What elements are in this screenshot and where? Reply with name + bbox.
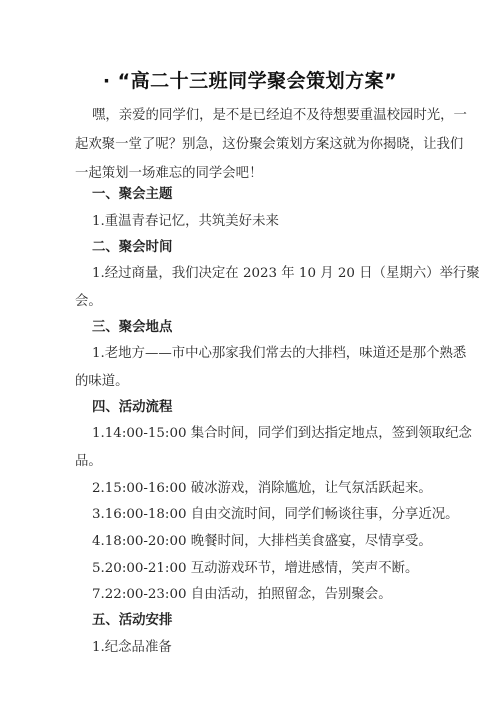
- section-line: 7.22:00-23:00 自由活动，拍照留念，告别聚会。: [92, 583, 392, 602]
- section-heading: 五、活动安排: [92, 609, 172, 628]
- section-heading: 一、聚会主题: [92, 183, 172, 202]
- section-line: 的味道。: [75, 370, 129, 389]
- section-line: 1.14:00-15:00 集合时间，同学们到达指定地点，签到领取纪念: [92, 422, 472, 441]
- section-line: 1.老地方——市中心那家我们常去的大排档，味道还是那个熟悉: [92, 342, 466, 361]
- section-line: 1.经过商量，我们决定在 2023 年 10 月 20 日（星期六）举行聚: [92, 262, 480, 281]
- document-title: · “高二十三班同学聚会策划方案”: [0, 66, 500, 93]
- section-line: 2.15:00-16:00 破冰游戏，消除尴尬，让气氛活跃起来。: [92, 477, 432, 496]
- section-line: 1.纪念品准备: [92, 636, 172, 655]
- section-line: 品。: [75, 450, 102, 469]
- section-line: 会。: [75, 290, 102, 309]
- section-line: 1.重温青春记忆，共筑美好未来: [92, 210, 279, 229]
- section-line: 5.20:00-21:00 互动游戏环节，增进感情，笑声不断。: [92, 557, 418, 576]
- intro-line: 起欢聚一堂了呢？别急，这份聚会策划方案这就为你揭晓，让我们: [75, 133, 463, 152]
- section-line: 4.18:00-20:00 晚餐时间，大排档美食盛宴，尽情享受。: [92, 530, 432, 549]
- intro-line: 嘿，亲爱的同学们，是不是已经迫不及待想要重温校园时光，一: [92, 104, 467, 123]
- section-line: 3.16:00-18:00 自由交流时间，同学们畅谈往事，分享近况。: [92, 503, 459, 522]
- intro-line: 一起策划一场难忘的同学会吧！: [75, 162, 262, 181]
- section-heading: 三、聚会地点: [92, 316, 172, 335]
- section-heading: 二、聚会时间: [92, 236, 172, 255]
- section-heading: 四、活动流程: [92, 396, 172, 415]
